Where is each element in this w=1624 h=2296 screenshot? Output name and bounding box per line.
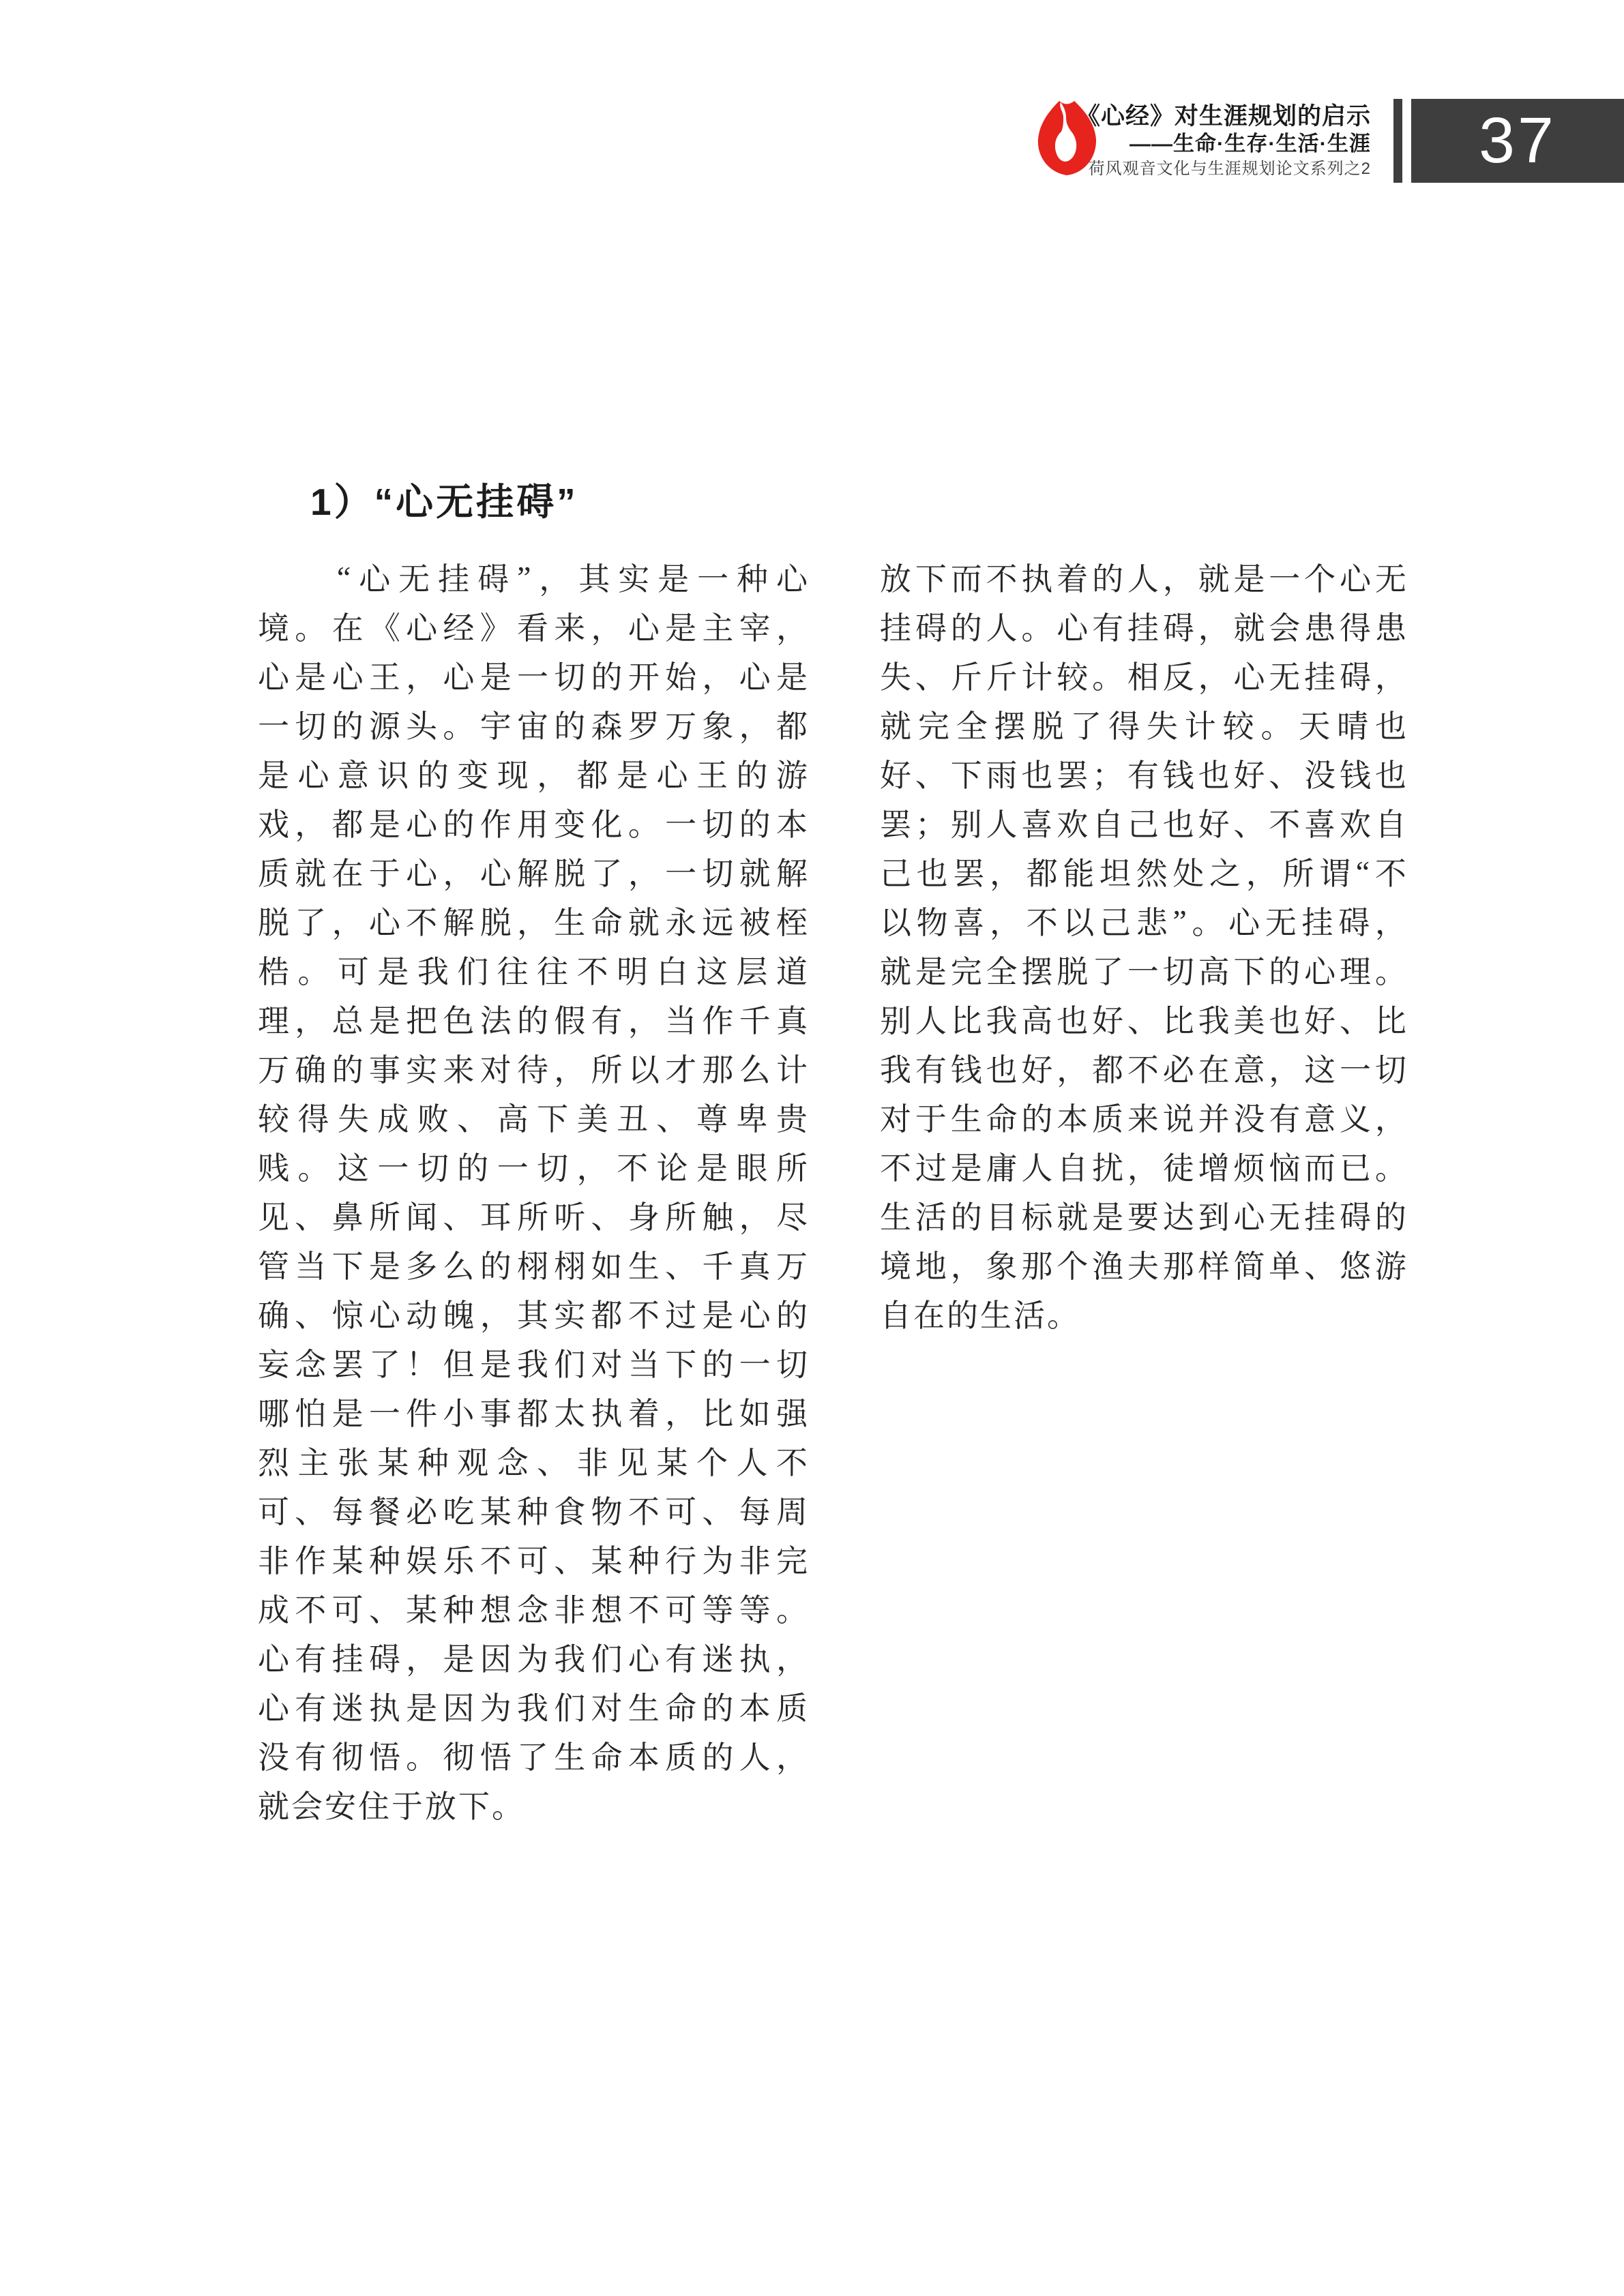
text-line: 可、每餐必吃某种食物不可、每周: [258, 1485, 808, 1534]
text-line: 一切的源头。宇宙的森罗万象，都: [258, 700, 808, 749]
text-line: 就是完全摆脱了一切高下的心理。: [880, 945, 1406, 994]
text-line: 理，总是把色法的假有，当作千真: [258, 994, 808, 1043]
text-line: 成不可、某种想念非想不可等等。: [258, 1583, 808, 1632]
text-line: 心有迷执是因为我们对生命的本质: [258, 1682, 808, 1731]
header-text-block: 《心经》对生涯规划的启示 ——生命·生存·生活·生涯 荷风观音文化与生涯规划论文…: [1076, 102, 1371, 181]
text-line: 就会安住于放下。: [258, 1780, 808, 1829]
text-line: 确、惊心动魄，其实都不过是心的: [258, 1289, 808, 1338]
text-line: 境。在《心经》看来，心是主宰，: [258, 601, 808, 651]
text-line: 心是心王，心是一切的开始，心是: [258, 651, 808, 700]
text-line: 挂碍的人。心有挂碍，就会患得患: [880, 601, 1406, 651]
text-line: 是心意识的变现，都是心王的游: [258, 749, 808, 798]
text-line: 烈主张某种观念、非见某个人不: [258, 1436, 808, 1485]
text-line: 以物喜，不以己悲”。心无挂碍，: [880, 896, 1406, 945]
text-line: 好、下雨也罢；有钱也好、没钱也: [880, 749, 1406, 798]
right-text-column: 放下而不执着的人，就是一个心无挂碍的人。心有挂碍，就会患得患失、斤斤计较。相反，…: [880, 552, 1406, 1338]
header-subtitle: ——生命·生存·生活·生涯: [1076, 131, 1371, 157]
text-line: 自在的生活。: [880, 1289, 1406, 1338]
text-line: 生活的目标就是要达到心无挂碍的: [880, 1191, 1406, 1240]
text-line: 较得失成败、高下美丑、尊卑贵: [258, 1092, 808, 1142]
header-series-line: 荷风观音文化与生涯规划论文系列之2: [1076, 157, 1371, 181]
text-line: 见、鼻所闻、耳所听、身所触，尽: [258, 1191, 808, 1240]
text-line: 罢；别人喜欢自己也好、不喜欢自: [880, 798, 1406, 847]
text-line: 管当下是多么的栩栩如生、千真万: [258, 1240, 808, 1289]
text-line: 不过是庸人自扰，徒增烦恼而已。: [880, 1142, 1406, 1191]
text-line: 妄念罢了！但是我们对当下的一切: [258, 1338, 808, 1387]
document-page: 《心经》对生涯规划的启示 ——生命·生存·生活·生涯 荷风观音文化与生涯规划论文…: [0, 0, 1624, 2296]
text-line: 心有挂碍，是因为我们心有迷执，: [258, 1632, 808, 1682]
text-line: 质就在于心，心解脱了，一切就解: [258, 847, 808, 896]
left-text-column: “心无挂碍”，其实是一种心境。在《心经》看来，心是主宰，心是心王，心是一切的开始…: [258, 552, 808, 1829]
text-line: 我有钱也好，都不必在意，这一切: [880, 1043, 1406, 1092]
text-line: 梏。可是我们往往不明白这层道: [258, 945, 808, 994]
header-title: 《心经》对生涯规划的启示: [1076, 102, 1371, 131]
text-line: 境地，象那个渔夫那样简单、悠游: [880, 1240, 1406, 1289]
page-number-divider: [1393, 99, 1402, 183]
text-line: 失、斤斤计较。相反，心无挂碍，: [880, 651, 1406, 700]
text-line: 贱。这一切的一切，不论是眼所: [258, 1142, 808, 1191]
text-line: 非作某种娱乐不可、某种行为非完: [258, 1534, 808, 1583]
text-line: 放下而不执着的人，就是一个心无: [880, 552, 1406, 601]
text-line: 戏，都是心的作用变化。一切的本: [258, 798, 808, 847]
text-line: 对于生命的本质来说并没有意义，: [880, 1092, 1406, 1142]
text-line: 脱了，心不解脱，生命就永远被桎: [258, 896, 808, 945]
section-heading: 1）“心无挂碍”: [310, 472, 578, 526]
page-number: 37: [1479, 108, 1556, 173]
text-line: 就完全摆脱了得失计较。天晴也: [880, 700, 1406, 749]
text-line: 哪怕是一件小事都太执着，比如强: [258, 1387, 808, 1436]
page-number-badge: 37: [1411, 99, 1624, 183]
text-line: 万确的事实来对待，所以才那么计: [258, 1043, 808, 1092]
text-line: 己也罢，都能坦然处之，所谓“不: [880, 847, 1406, 896]
text-line: 没有彻悟。彻悟了生命本质的人，: [258, 1731, 808, 1780]
text-line: “心无挂碍”，其实是一种心: [258, 552, 808, 601]
text-line: 别人比我高也好、比我美也好、比: [880, 994, 1406, 1043]
